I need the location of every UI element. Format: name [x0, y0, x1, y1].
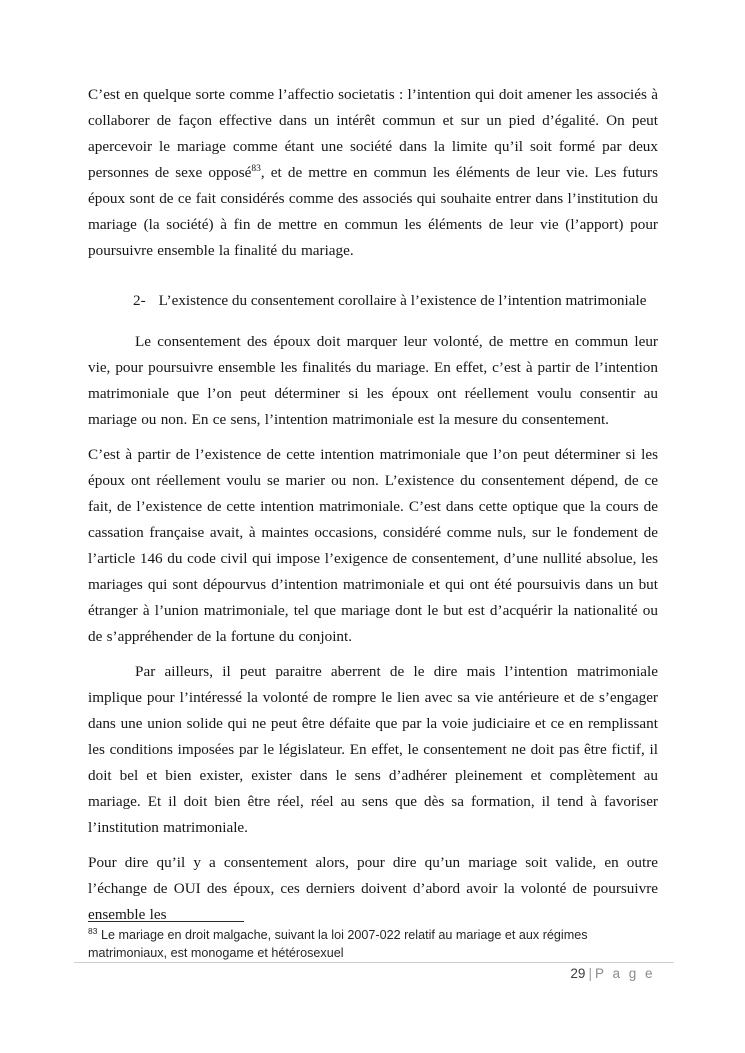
footer-rule — [74, 962, 674, 963]
footnote-reference-83: 83 — [251, 164, 261, 174]
section-heading-text: L’existence du consentement corollaire à… — [159, 292, 647, 309]
paragraph-5: Pour dire qu’il y a consentement alors, … — [88, 850, 658, 928]
document-page: C’est en quelque sorte comme l’affectio … — [0, 0, 745, 1053]
page-body: C’est en quelque sorte comme l’affectio … — [88, 82, 658, 937]
footnote-text: Le mariage en droit malgache, suivant la… — [88, 928, 588, 960]
paragraph-1: C’est en quelque sorte comme l’affectio … — [88, 82, 658, 264]
footer-separator: | — [585, 966, 595, 981]
footnote-marker: 83 — [88, 926, 97, 936]
paragraph-3: C’est à partir de l’existence de cette i… — [88, 442, 658, 650]
page-word: P a g e — [595, 966, 655, 981]
page-number: 29 — [570, 966, 585, 981]
page-footer: 29|P a g e — [570, 966, 655, 981]
footnote: 83 Le mariage en droit malgache, suivant… — [88, 926, 660, 962]
paragraph-4: Par ailleurs, il peut paraitre aberrent … — [88, 659, 658, 841]
paragraph-2: Le consentement des époux doit marquer l… — [88, 329, 658, 433]
footnote-separator-rule — [88, 921, 244, 922]
section-heading: 2-L’existence du consentement corollaire… — [88, 288, 658, 314]
section-heading-number: 2- — [133, 292, 146, 309]
